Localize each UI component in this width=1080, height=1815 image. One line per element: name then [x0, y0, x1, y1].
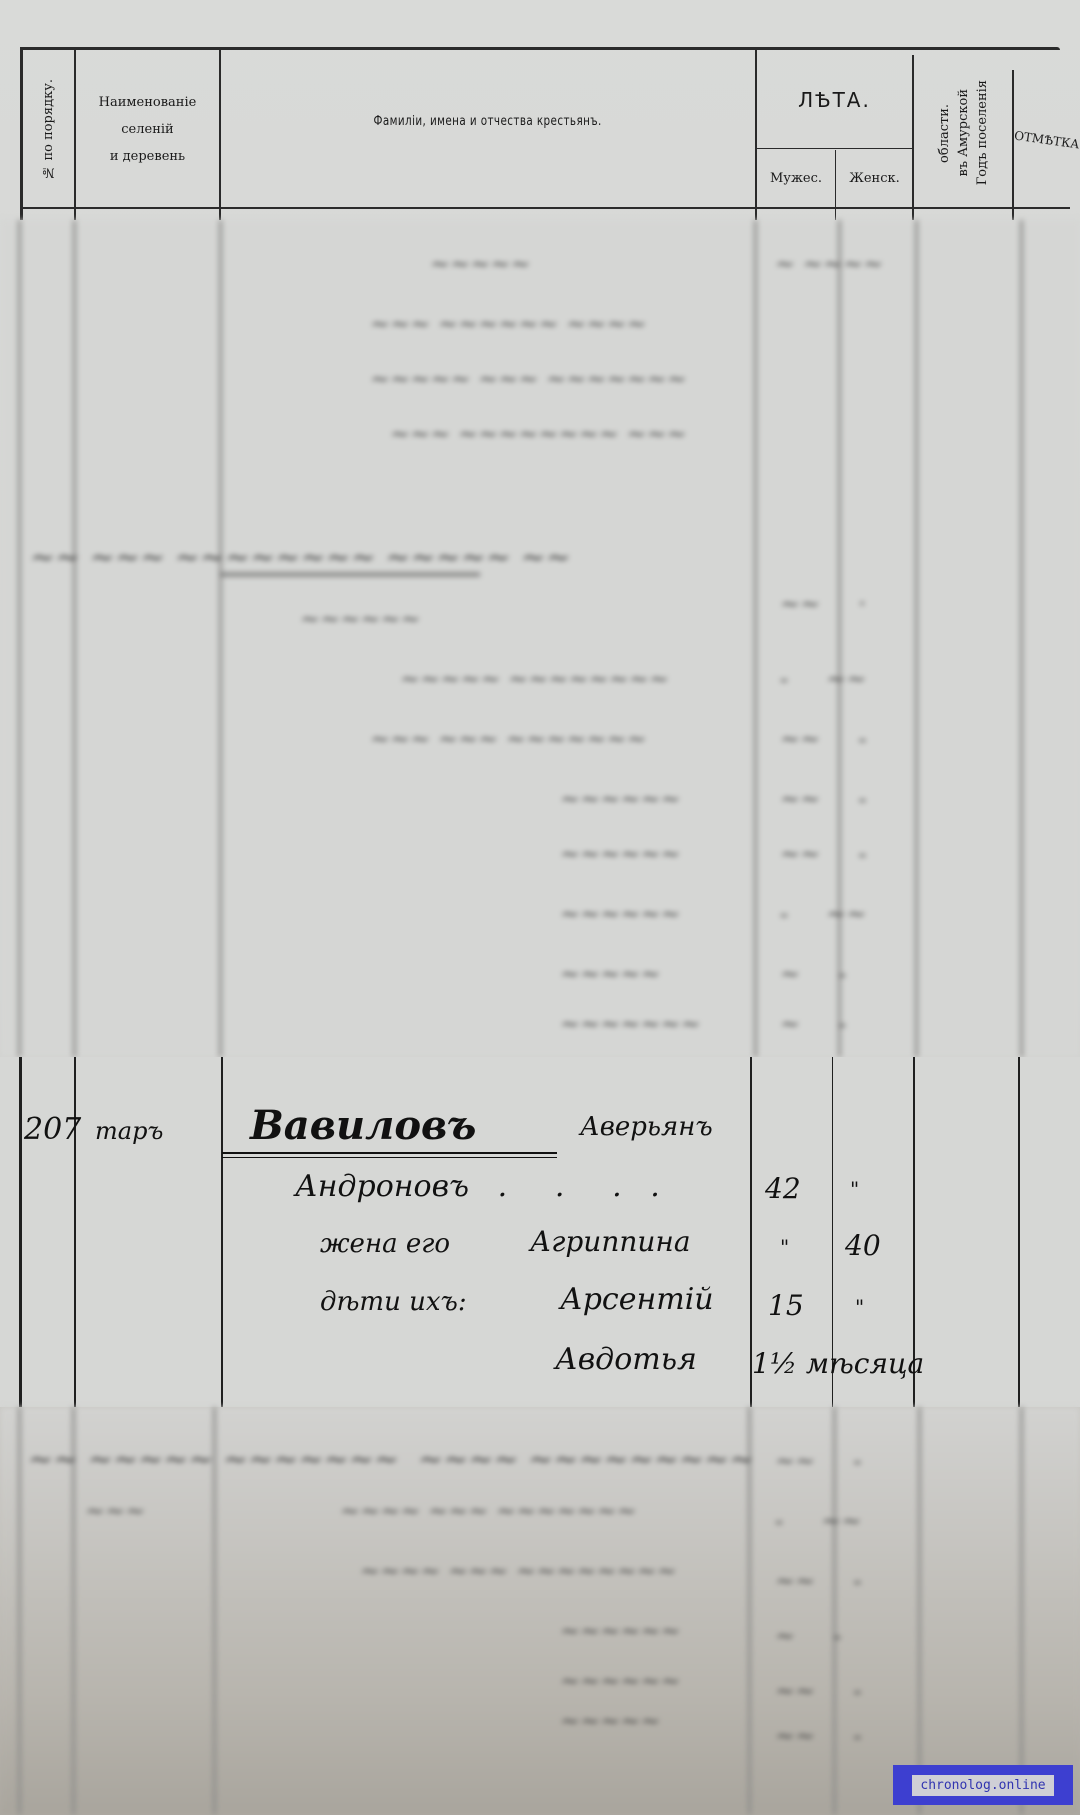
name-row2: Агриппина: [530, 1225, 691, 1258]
surname-underline: [222, 1152, 557, 1158]
obscured-handwriting: ~~ ·: [780, 590, 866, 618]
obscured-handwriting: ~ -: [780, 960, 846, 988]
name-row3: Арсентій: [560, 1282, 714, 1317]
obscured-handwriting: ~~~~~~: [560, 840, 681, 868]
header-settlement-line: Наименованіе: [99, 89, 197, 116]
column-divider: [838, 220, 841, 1057]
obscured-handwriting: ~~~~~~~: [560, 1010, 701, 1038]
obscured-handwriting: ~~ -: [775, 1567, 861, 1595]
header-year-line: въ Амурской: [956, 89, 971, 177]
header-col-female: Женск.: [837, 150, 912, 207]
header-settlement-line: селеній: [121, 116, 173, 143]
header-col-notes: ОТМѢТКА: [1014, 75, 1080, 205]
entry-settlement: таръ: [95, 1117, 163, 1145]
header-year-line: Годъ поселенія: [975, 80, 990, 185]
obscured-handwriting: - ~~: [780, 900, 866, 928]
obscured-handwriting: ~ -: [780, 1010, 846, 1038]
header-year-line: области.: [937, 104, 952, 163]
obscured-handwriting: ~~ -: [775, 1722, 861, 1750]
obscured-handwriting: ~~~~~~: [560, 1617, 681, 1645]
obscured-handwriting: ~ ~~~~: [775, 250, 883, 278]
obscured-handwriting: ~ -: [775, 1622, 841, 1650]
entry-first-name: Аверьянъ: [580, 1112, 713, 1142]
column-divider: [915, 220, 918, 1057]
column-divider: [754, 220, 757, 1057]
obscured-handwriting: - ~~: [780, 665, 866, 693]
obscured-handwriting: ~~~~~~: [560, 1667, 681, 1695]
name-row4: Авдотья: [555, 1342, 697, 1377]
column-divider: [19, 1057, 22, 1407]
obscured-handwriting: ~~ -: [780, 725, 866, 753]
header-female-label: Женск.: [849, 171, 900, 186]
header-col-number-label: № по порядку.: [41, 79, 56, 180]
header-settlement-line: и деревень: [110, 143, 185, 170]
header-col-names: Фамиліи, имена и отчества крестьянъ.: [221, 52, 755, 207]
age-male-row2: ": [780, 1235, 789, 1259]
relation-row2: жена его: [320, 1229, 450, 1259]
header-top-rule: [20, 47, 1060, 50]
entry-207: 207 таръ Вавиловъ Аверьянъ Андроновъ . .…: [0, 1057, 1080, 1407]
obscured-handwriting: ~~ -: [775, 1677, 861, 1705]
relation-row3: дѣти ихъ:: [320, 1287, 467, 1317]
obscured-handwriting: ~~ ~~~ ~~~~~~~~ ~~~~~ ~~: [30, 540, 571, 575]
header-col-year-settled: области. въ Амурской Годъ поселенія: [914, 58, 1012, 208]
column-divider: [18, 1407, 21, 1815]
header-notes-label: ОТМѢТКА: [1013, 128, 1080, 151]
obscured-handwriting: ~~~~ ~~~ ~~~~~~~: [340, 1497, 637, 1525]
obscured-handwriting: ~~ ~~~~~ ~~~~~~~ ~~~~ ~~~~~~~~~: [28, 1442, 754, 1477]
obscured-handwriting: ~~ -: [780, 785, 866, 813]
header-col-ages: ЛѢТА.: [757, 70, 912, 130]
column-divider: [74, 1057, 76, 1407]
obscured-handwriting: ~~~~~: [560, 960, 661, 988]
obscured-handwriting: - ~~: [775, 1507, 861, 1535]
column-divider: [835, 150, 836, 220]
age-male-row1: 42: [765, 1172, 801, 1205]
header-col-male: Мужес.: [757, 150, 835, 207]
document-page: № по порядку. Наименованіе селеній и дер…: [0, 0, 1080, 1815]
column-divider: [1020, 220, 1023, 1057]
age-male-row4: 1½ мѣсяца: [752, 1347, 924, 1380]
obscured-handwriting: ~~~ ~~~~~~~~ ~~~: [390, 420, 687, 448]
header-names-label: Фамиліи, имена и отчества крестьянъ.: [374, 114, 602, 129]
obscured-handwriting: ~~~~~~: [560, 900, 681, 928]
header-col-settlement: Наименованіе селеній и деревень: [76, 52, 219, 207]
header-male-label: Мужес.: [770, 171, 822, 186]
age-female-row1: ": [850, 1177, 859, 1201]
column-divider: [221, 1057, 223, 1407]
age-female-row2: 40: [845, 1229, 881, 1262]
obscured-handwriting: ~~~~~ ~~~ ~~~~~~~: [370, 365, 687, 393]
column-divider: [219, 220, 222, 1057]
entry-number: 207: [24, 1112, 81, 1147]
obscured-handwriting: ~~~~~~: [560, 785, 681, 813]
obscured-handwriting: ~~~~ ~~~ ~~~~~~~~: [360, 1557, 677, 1585]
obscured-handwriting: ~~~~~: [430, 250, 531, 278]
age-male-row3: 15: [768, 1289, 804, 1322]
header-ages-label: ЛѢТА.: [798, 88, 871, 112]
column-divider: [1020, 1407, 1023, 1815]
leta-subdivider: [755, 148, 913, 149]
obscured-handwriting: ~~~~~ ~~~~~~~~: [400, 665, 669, 693]
obscured-handwriting: ~~~ ~~~~~~ ~~~~: [370, 310, 647, 338]
column-divider: [918, 1407, 921, 1815]
entry-surname: Вавиловъ: [250, 1102, 476, 1149]
blurred-section-lower: ~~ ~~~~~ ~~~~~~~ ~~~~ ~~~~~~~~~ ~~~ ~~~~…: [0, 1407, 1080, 1815]
entry-patronymic: Андроновъ . . . .: [295, 1169, 660, 1204]
column-divider: [18, 220, 21, 1057]
obscured-handwriting: ~~ -: [775, 1447, 861, 1475]
obscured-handwriting: ~~~~~: [560, 1707, 661, 1735]
obscured-underline: [220, 573, 480, 576]
age-female-row3: ": [855, 1295, 864, 1319]
obscured-handwriting: ~~~~~~: [300, 605, 421, 633]
obscured-handwriting: ~~~ ~~~ ~~~~~~~: [370, 725, 647, 753]
watermark-badge: chronolog.online: [893, 1765, 1073, 1805]
header-bottom-rule: [20, 207, 1070, 209]
obscured-handwriting: ~~~: [85, 1497, 145, 1525]
column-divider: [1018, 1057, 1020, 1407]
column-divider: [73, 220, 76, 1057]
header-col-number: № по порядку.: [23, 52, 74, 207]
watermark-text: chronolog.online: [912, 1775, 1053, 1796]
obscured-handwriting: ~~ -: [780, 840, 866, 868]
blurred-section-upper: ~~~~~ ~~~ ~~~~~~ ~~~~ ~~~~~ ~~~ ~~~~~~~ …: [0, 220, 1080, 1057]
